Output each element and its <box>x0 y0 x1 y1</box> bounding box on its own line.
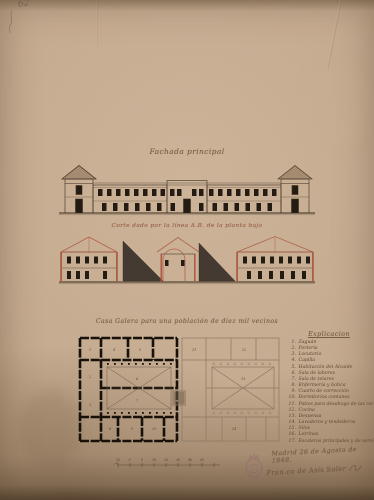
room-number: 12 <box>242 348 246 352</box>
legend-items: 1. Zaguán 2. Portería 3. Locutorio 4. Ca… <box>287 340 371 445</box>
scale-tick-label: 5 <box>129 458 131 462</box>
room-number: 2 <box>88 375 91 379</box>
legend-title: Explicacion <box>287 330 371 338</box>
room-number: 1 <box>89 348 91 352</box>
paper-crease <box>96 0 98 46</box>
section-title: Corte dado por la línea A.B. de la plant… <box>0 223 374 229</box>
scale-tick-label: 40 <box>187 458 193 462</box>
drawing-sheet: 62 Fachada principal <box>0 0 374 500</box>
plan-title: Casa Galera para una población de diez m… <box>0 318 374 325</box>
section-drawing <box>57 230 317 290</box>
scale-tick-label: 20 <box>163 458 169 462</box>
plan-drawing: 1 2 3 4 5 6 7 8 9 10 11 12 13 14 <box>76 330 283 448</box>
imprint-date: Madrid 26 de Agosto de 1848. <box>271 445 372 464</box>
room-number: 4 <box>112 348 115 352</box>
scale-tick-label: 0 <box>141 458 144 462</box>
room-number: 11 <box>192 348 196 352</box>
pencil-note: 62 <box>17 0 30 10</box>
academy-stamp-icon <box>243 452 265 480</box>
scale-tick-label: 10 <box>152 458 157 462</box>
room-number: 13 <box>241 377 245 381</box>
signature-text: Fran.co de Asís Soler <box>266 465 346 477</box>
scale-bar: 10 5 0 10 20 30 40 50 <box>112 454 224 470</box>
scale-tick-label: 50 <box>200 458 205 462</box>
room-number: 6 <box>136 377 139 381</box>
pencil-scribble <box>4 8 18 34</box>
room-number: 14 <box>232 427 236 431</box>
imprint-signature: Fran.co de Asís Soler <box>266 462 372 478</box>
room-number: 5 <box>139 348 141 352</box>
legend: Explicacion 1. Zaguán 2. Portería 3. Loc… <box>287 330 371 445</box>
paper-stain <box>20 390 80 470</box>
signature-rubric-icon <box>348 463 363 474</box>
legend-item-label: Escaleras principales y de servicio <box>299 439 374 445</box>
room-number: 3 <box>89 403 91 407</box>
imprint: Madrid 26 de Agosto de 1848. Fran.co de … <box>271 445 372 477</box>
room-number: 10 <box>152 427 157 431</box>
room-number: 7 <box>136 399 139 403</box>
room-number: 8 <box>109 427 112 431</box>
legend-item-number: 17. <box>287 439 296 445</box>
scale-tick-label: 30 <box>176 458 181 462</box>
elevation-title: Fachada principal <box>0 147 374 156</box>
legend-item: 17. Escaleras principales y de servicio <box>287 439 371 445</box>
paper-stain <box>300 60 370 150</box>
elevation-drawing <box>57 157 317 219</box>
scale-tick-label: 10 <box>116 458 121 462</box>
room-number: 9 <box>131 427 134 431</box>
